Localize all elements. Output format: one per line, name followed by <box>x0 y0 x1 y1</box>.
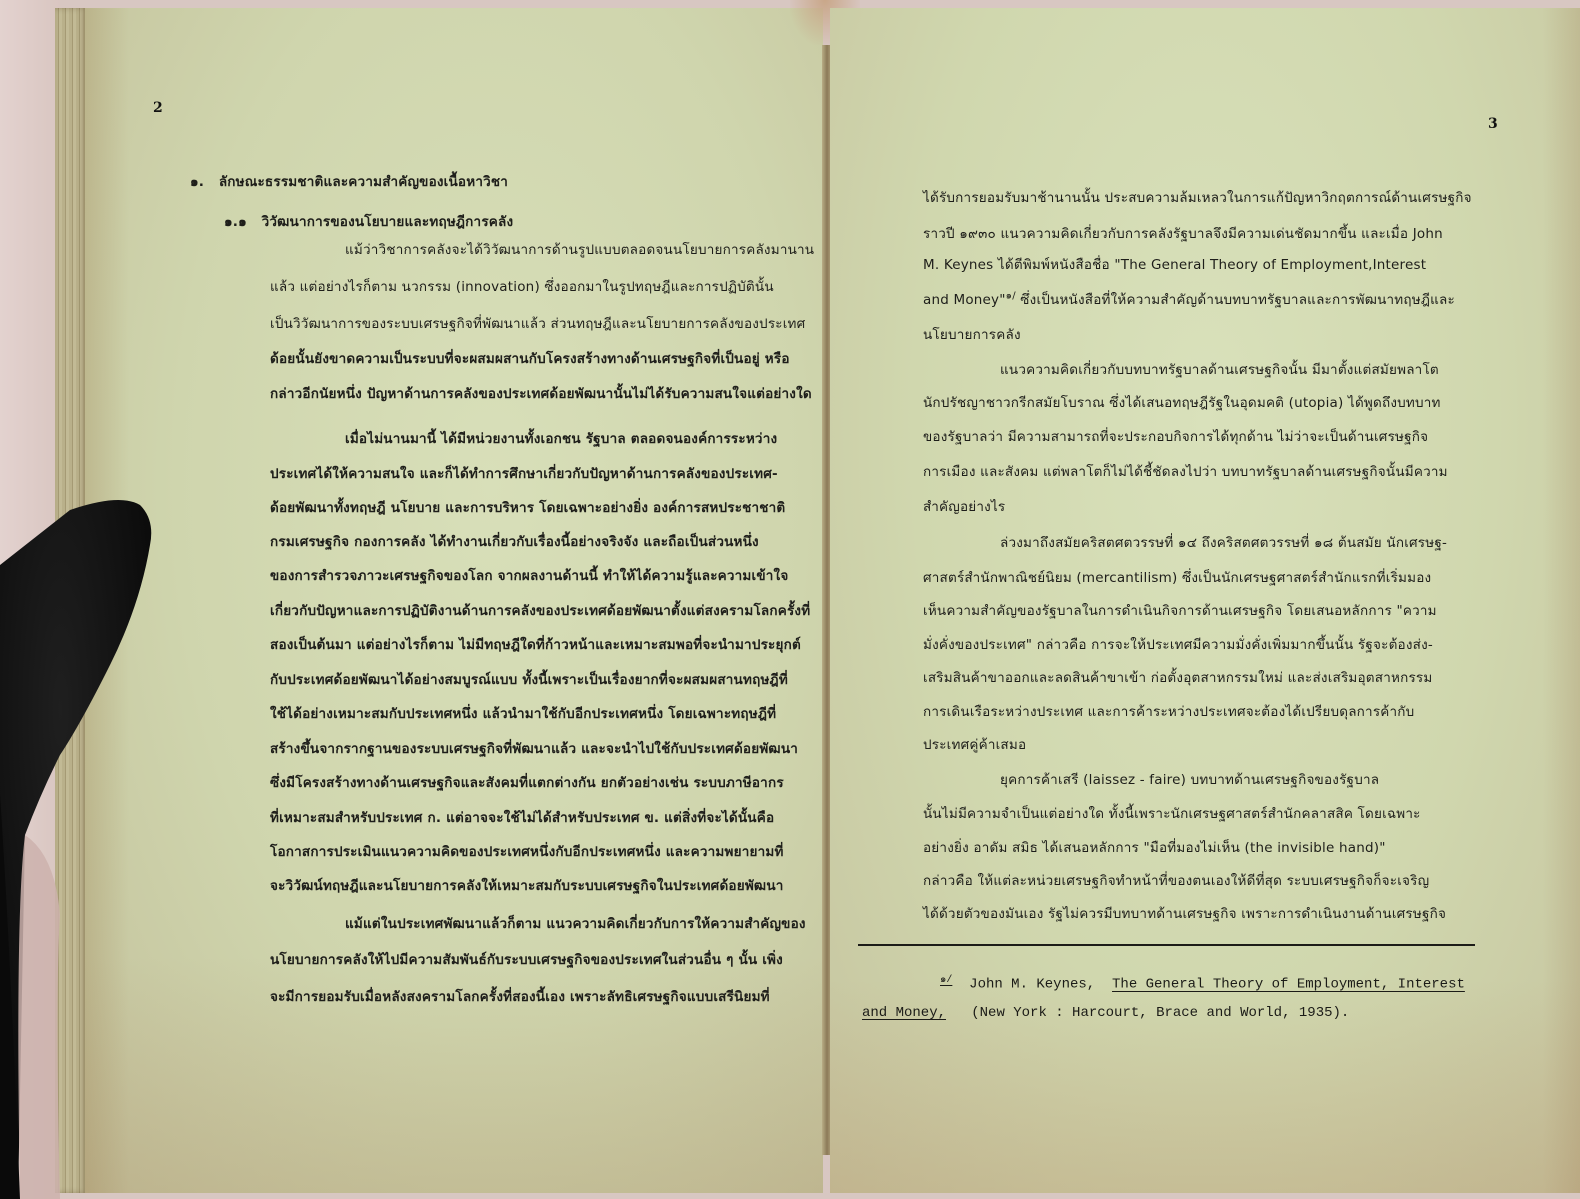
footnote-line-2: and Money, (New York : Harcourt, Brace a… <box>862 1005 1349 1021</box>
body-line: ของการสำรวจภาวะเศรษฐกิจของโลก จากผลงานด้… <box>270 564 788 586</box>
body-line: การเดินเรือระหว่างประเทศ และการค้าระหว่า… <box>923 700 1414 722</box>
section-heading: ๑. ลักษณะธรรมชาติและความสำคัญของเนื้อหาว… <box>190 170 508 192</box>
body-line: เห็นความสำคัญของรัฐบาลในการดำเนินกิจการด… <box>923 599 1437 621</box>
body-line: ของรัฐบาลว่า มีความสามารถที่จะประกอบกิจก… <box>923 425 1428 447</box>
body-line: สองเป็นต้นมา แต่อย่างไรก็ตาม ไม่มีทฤษฎีใ… <box>270 633 801 655</box>
body-line: สร้างขึ้นจากรากฐานของระบบเศรษฐกิจที่พัฒน… <box>270 737 798 759</box>
body-line-rest: ซึ่งเป็นหนังสือที่ให้ความสำคัญด้านบทบาทร… <box>1016 292 1455 308</box>
body-line: กล่าวอีกนัยหนึ่ง ปัญหาด้านการคลังของประเ… <box>270 382 812 404</box>
body-line: นโยบายการคลังให้ไปมีความสัมพันธ์กับระบบเ… <box>270 948 783 970</box>
footnote-publication: (New York : Harcourt, Brace and World, 1… <box>971 1005 1349 1021</box>
body-line: แม้แต่ในประเทศพัฒนาแล้วก็ตาม แนวความคิดเ… <box>345 912 806 934</box>
body-line: จะวิวัฒน์ทฤษฎีและนโยบายการคลังให้เหมาะสม… <box>270 874 784 896</box>
body-line: กับประเทศด้อยพัฒนาได้อย่างสมบูรณ์แบบ ทั้… <box>270 668 788 690</box>
body-line: มั่งคั่งของประเทศ" กล่าวคือ การจะให้ประเ… <box>923 633 1433 655</box>
body-line: เมื่อไม่นานมานี้ ได้มีหน่วยงานทั้งเอกชน … <box>345 427 777 449</box>
gloved-hand <box>0 495 160 1199</box>
body-line: การเมือง และสังคม แต่พลาโตก็ไม่ได้ชี้ชัด… <box>923 460 1448 482</box>
body-line: ยุคการค้าเสรี (laissez - faire) บทบาทด้า… <box>1000 768 1379 790</box>
body-line: กรมเศรษฐกิจ กองการคลัง ได้ทำงานเกี่ยวกับ… <box>270 530 759 552</box>
body-line: เกี่ยวกับปัญหาและการปฏิบัติงานด้านการคลั… <box>270 599 810 621</box>
body-line: ล่วงมาถึงสมัยคริสตศตวรรษที่ ๑๔ ถึงคริสตศ… <box>1000 531 1447 553</box>
body-line: จะมีการยอมรับเมื่อหลังสงครามโลกครั้งที่ส… <box>270 985 770 1007</box>
body-line: โอกาสการประเมินแนวความคิดของประเทศหนึ่งก… <box>270 840 784 862</box>
body-line: ศาสตร์สำนักพาณิชย์นิยม (mercantilism) ซึ… <box>923 566 1431 588</box>
body-line: นักปรัชญาชาวกรีกสมัยโบราณ ซึ่งได้เสนอทฤษ… <box>923 391 1441 413</box>
body-line: อย่างยิ่ง อาดัม สมิธ ได้เสนอหลักการ "มือ… <box>923 836 1386 858</box>
footnote-ref: ๑/ <box>1006 291 1016 302</box>
book-scan-scene: 2 ๑. ลักษณะธรรมชาติและความสำคัญของเนื้อห… <box>0 0 1580 1199</box>
body-line: เป็นวิวัฒนาการของระบบเศรษฐกิจที่พัฒนาแล้… <box>270 312 805 334</box>
body-line: เสริมสินค้าขาออกและลดสินค้าขาเข้า ก่อตั้… <box>923 666 1432 688</box>
body-line: ด้อยพัฒนาทั้งทฤษฎี นโยบาย และการบริหาร โ… <box>270 496 785 518</box>
page-number-right: 3 <box>1488 116 1498 132</box>
footnote-title-cont: and Money, <box>862 1005 946 1021</box>
subsection-heading: ๑.๑ วิวัฒนาการของนโยบายและทฤษฎีการคลัง <box>224 210 513 232</box>
body-line: ราวปี ๑๙๓๐ แนวความคิดเกี่ยวกับการคลังรัฐ… <box>923 222 1443 244</box>
body-line: แม้ว่าวิชาการคลังจะได้วิวัฒนาการด้านรูปแ… <box>345 238 814 260</box>
page-number-left: 2 <box>153 100 163 116</box>
body-line: ใช้ได้อย่างเหมาะสมกับประเทศหนึ่ง แล้วนำม… <box>270 702 776 724</box>
body-line: สำคัญอย่างไร <box>923 495 1005 517</box>
body-line: ประเทศได้ให้ความสนใจ และก็ได้ทำการศึกษาเ… <box>270 462 778 484</box>
body-line: ประเทศคู่ค้าเสมอ <box>923 733 1026 755</box>
section-title: ลักษณะธรรมชาติและความสำคัญของเนื้อหาวิชา <box>219 174 508 190</box>
body-line: M. Keynes ได้ตีพิมพ์หนังสือชื่อ "The Gen… <box>923 253 1426 275</box>
body-line: and Money"๑/ ซึ่งเป็นหนังสือที่ให้ความสำ… <box>923 288 1455 310</box>
section-number: ๑. <box>190 174 204 190</box>
body-line: ด้อยนั้นยังขาดความเป็นระบบที่จะผสมผสานกั… <box>270 347 790 369</box>
subsection-title: วิวัฒนาการของนโยบายและทฤษฎีการคลัง <box>262 214 514 230</box>
body-line: ได้รับการยอมรับมาช้านานนั้น ประสบความล้ม… <box>923 186 1472 208</box>
body-line: ซึ่งมีโครงสร้างทางด้านเศรษฐกิจและสังคมที… <box>270 771 784 793</box>
body-line: กล่าวคือ ให้แต่ละหน่วยเศรษฐกิจทำหน้าที่ข… <box>923 869 1429 891</box>
footnote-line-1: ๑/ John M. Keynes, The General Theory of… <box>940 972 1465 993</box>
body-line: ได้ด้วยตัวของมันเอง รัฐไม่ควรมีบทบาทด้าน… <box>923 902 1446 924</box>
body-line: แล้ว แต่อย่างไรก็ตาม นวกรรม (innovation)… <box>270 275 774 297</box>
body-line: นโยบายการคลัง <box>923 323 1021 345</box>
footnote-marker: ๑/ <box>940 975 952 986</box>
subsection-number: ๑.๑ <box>224 214 247 230</box>
body-line-start: and Money" <box>923 292 1006 308</box>
footnote-title: The General Theory of Employment, Intere… <box>1112 977 1465 993</box>
body-line: ที่เหมาะสมสำหรับประเทศ ก. แต่อาจจะใช้ไม่… <box>270 806 774 828</box>
body-line: นั้นไม่มีความจำเป็นแต่อย่างใด ทั้งนี้เพร… <box>923 802 1421 824</box>
footnote-author: John M. Keynes, <box>969 977 1095 993</box>
footnote-divider <box>858 944 1475 946</box>
body-line: แนวความคิดเกี่ยวกับบทบาทรัฐบาลด้านเศรษฐก… <box>1000 358 1439 380</box>
